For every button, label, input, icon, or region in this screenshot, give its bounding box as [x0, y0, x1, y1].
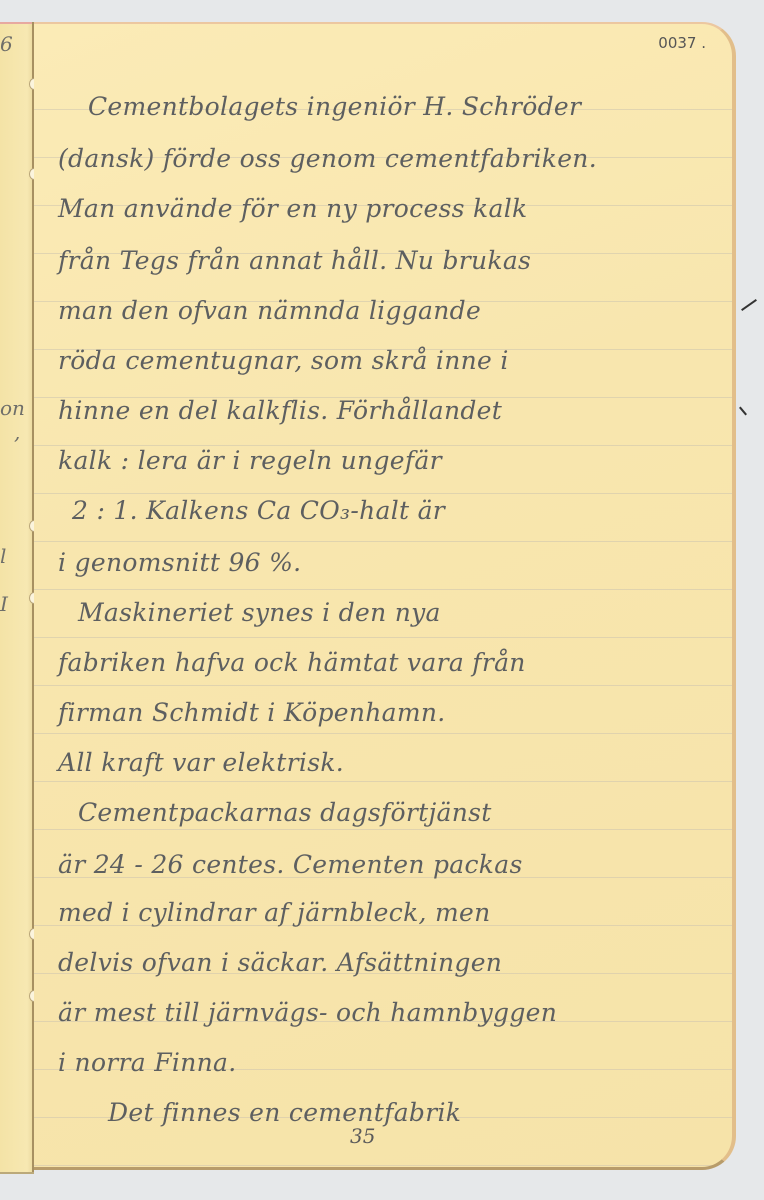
page-number: 35	[350, 1124, 375, 1148]
left-page-fragment: I	[0, 592, 8, 616]
handwritten-line: delvis ofvan i säckar. Afsättningen	[48, 948, 714, 977]
handwritten-line: är 24 - 26 centes. Cementen packas	[48, 850, 714, 879]
left-page-fragment: ,	[14, 420, 20, 444]
loose-thread	[741, 299, 757, 311]
handwritten-line: Cementpackarnas dagsförtjänst	[48, 798, 714, 827]
handwritten-line: Maskineriet synes i den nya	[48, 598, 714, 627]
handwritten-line: 2 : 1. Kalkens Ca CO₃-halt är	[48, 496, 714, 525]
handwritten-line: i genomsnitt 96 %.	[48, 548, 714, 577]
handwritten-line: All kraft var elektrisk.	[48, 748, 714, 777]
handwritten-line: kalk : lera är i regeln ungefär	[48, 446, 714, 475]
archive-number: 0037 .	[658, 34, 706, 52]
handwritten-line: med i cylindrar af järnbleck, men	[48, 898, 714, 927]
handwritten-line: firman Schmidt i Köpenhamn.	[48, 698, 714, 727]
handwritten-line: Man använde för en ny process kalk	[48, 194, 714, 223]
handwritten-line: fabriken hafva ock hämtat vara från	[48, 648, 714, 677]
handwritten-line: röda cementugnar, som skrå inne i	[48, 346, 714, 375]
loose-thread	[739, 407, 747, 416]
handwritten-line: man den ofvan nämnda liggande	[48, 296, 714, 325]
handwritten-line: i norra Finna.	[48, 1048, 714, 1077]
left-page-fragment: on	[0, 396, 25, 420]
handwritten-line: hinne en del kalkflis. Förhållandet	[48, 396, 714, 425]
left-page-fragment: l	[0, 544, 6, 568]
handwritten-line: Cementbolagets ingeniör H. Schröder	[48, 92, 714, 121]
handwritten-line: (dansk) förde oss genom cementfabriken.	[48, 144, 714, 173]
notebook-page: 0037 . Cementbolagets ingeniör H. Schröd…	[34, 22, 736, 1170]
handwritten-line: från Tegs från annat håll. Nu brukas	[48, 246, 714, 275]
handwritten-line: är mest till järnvägs- och hamnbyggen	[48, 998, 714, 1027]
left-page-fragment: 6	[0, 32, 13, 56]
handwritten-line: Det finnes en cementfabrik	[48, 1098, 714, 1127]
